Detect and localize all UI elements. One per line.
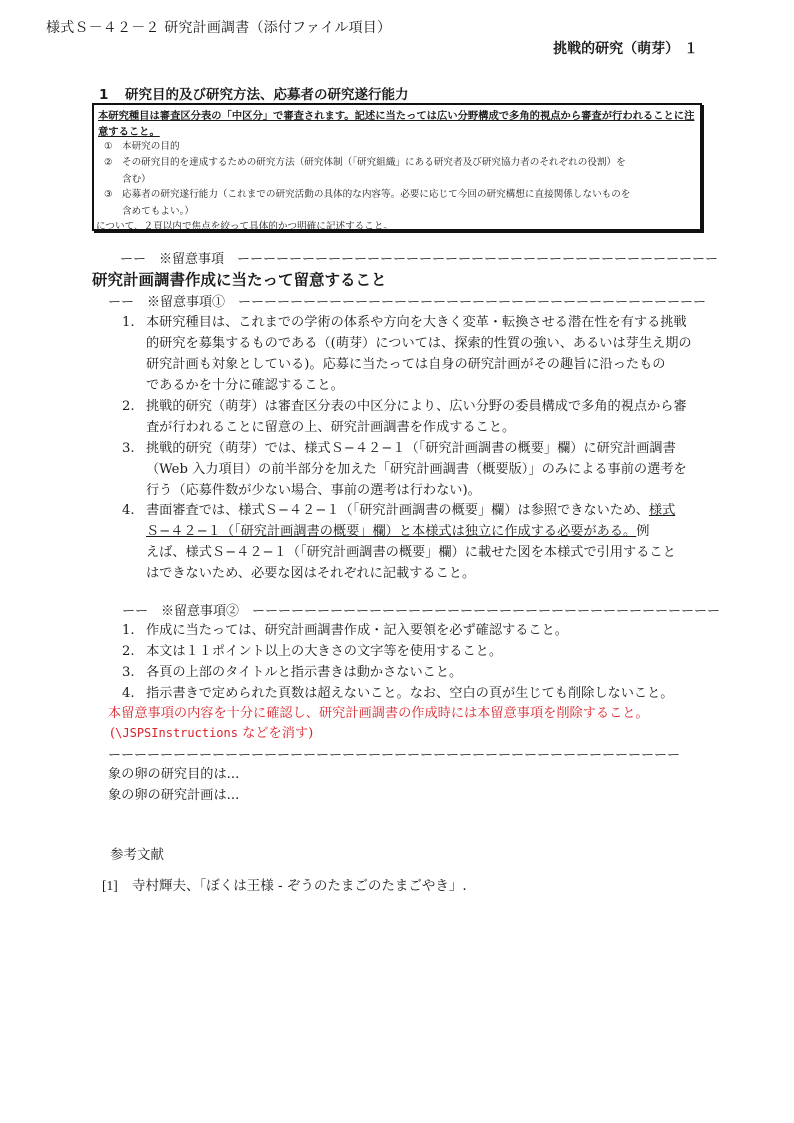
instruction-item-continuation: 含めてもよい。） xyxy=(122,203,194,217)
instruction-tail: について、２頁以内で焦点を絞って具体的かつ明確に記述すること。 xyxy=(96,218,393,232)
note-list-group2: 1.作成に当たっては、研究計画調書作成・記入要領を必ず確認すること。 2.本文は… xyxy=(122,620,674,704)
section-heading: 1研究目的及び研究方法、応募者の研究遂行能力 xyxy=(99,83,409,103)
notes-divider-group2: ーー ※留意事項② ーーーーーーーーーーーーーーーーーーーーーーーーーーーーーー… xyxy=(122,600,720,619)
instruction-item-continuation: 含む） xyxy=(122,171,151,185)
body-text: 象の卵の研究目的は... 象の卵の研究計画は... xyxy=(108,764,239,806)
form-identifier: 様式Ｓ－４２－２ 研究計画調書（添付ファイル項目） xyxy=(46,17,391,37)
notes-divider-bottom: ーーーーーーーーーーーーーーーーーーーーーーーーーーーーーーーーーーーーーーーー… xyxy=(108,744,680,763)
body-line: 象の卵の研究計画は... xyxy=(108,788,239,803)
instruction-item: ②その研究目的を達成するための研究方法（研究体制（「研究組織」にある研究者及び研… xyxy=(104,156,626,170)
instruction-lead: 本研究種目は審査区分表の「中区分」で審査されます。記述に当たっては広い分野構成で… xyxy=(98,108,698,140)
reference-item: [1]寺村輝夫、「ぼくは王様 - ぞうのたまごのたまごやき」. xyxy=(102,874,467,894)
section-number: 1 xyxy=(99,87,125,103)
delete-notes-warning: 本留意事項の内容を十分に確認し、研究計画調書の作成時には本留意事項を削除すること… xyxy=(108,703,649,724)
instruction-item: ③応募者の研究遂行能力（これまでの研究活動の具体的な内容等。必要に応じて今回の研… xyxy=(104,188,630,202)
page-category-label: 挑戦的研究（萌芽） １ xyxy=(553,38,698,58)
note-item: 1.本研究種目は、これまでの学術の体系や方向を大きく変革・転換させる潜在性を有す… xyxy=(122,312,692,396)
references-title: 参考文献 xyxy=(110,843,164,863)
instruction-box: 本研究種目は審査区分表の「中区分」で審査されます。記述に当たっては広い分野構成で… xyxy=(92,103,702,231)
delete-notes-hint: (\JSPSInstructions などを消す) xyxy=(110,723,313,744)
section-title: 研究目的及び研究方法、応募者の研究遂行能力 xyxy=(125,87,409,103)
notes-title: 研究計画調書作成に当たって留意すること xyxy=(92,268,387,290)
note-item: 2.挑戦的研究（萌芽）は審査区分表の中区分により、広い分野の委員構成で多角的視点… xyxy=(122,396,687,438)
instruction-item: ①本研究の目的 xyxy=(104,140,180,154)
note-item: 3.挑戦的研究（萌芽）では、様式Ｓ−４２−１（「研究計画調書の概要」欄）に研究計… xyxy=(122,438,687,501)
notes-divider-top: ーー ※留意事項 ーーーーーーーーーーーーーーーーーーーーーーーーーーーーーーー… xyxy=(120,248,718,267)
notes-divider-group1: ーー ※留意事項① ーーーーーーーーーーーーーーーーーーーーーーーーーーーーーー… xyxy=(108,291,706,310)
note-item: 4.書面審査では、様式Ｓ−４２−１（「研究計画調書の概要」欄）は参照できないため… xyxy=(122,500,676,584)
body-line: 象の卵の研究目的は... xyxy=(108,767,239,782)
